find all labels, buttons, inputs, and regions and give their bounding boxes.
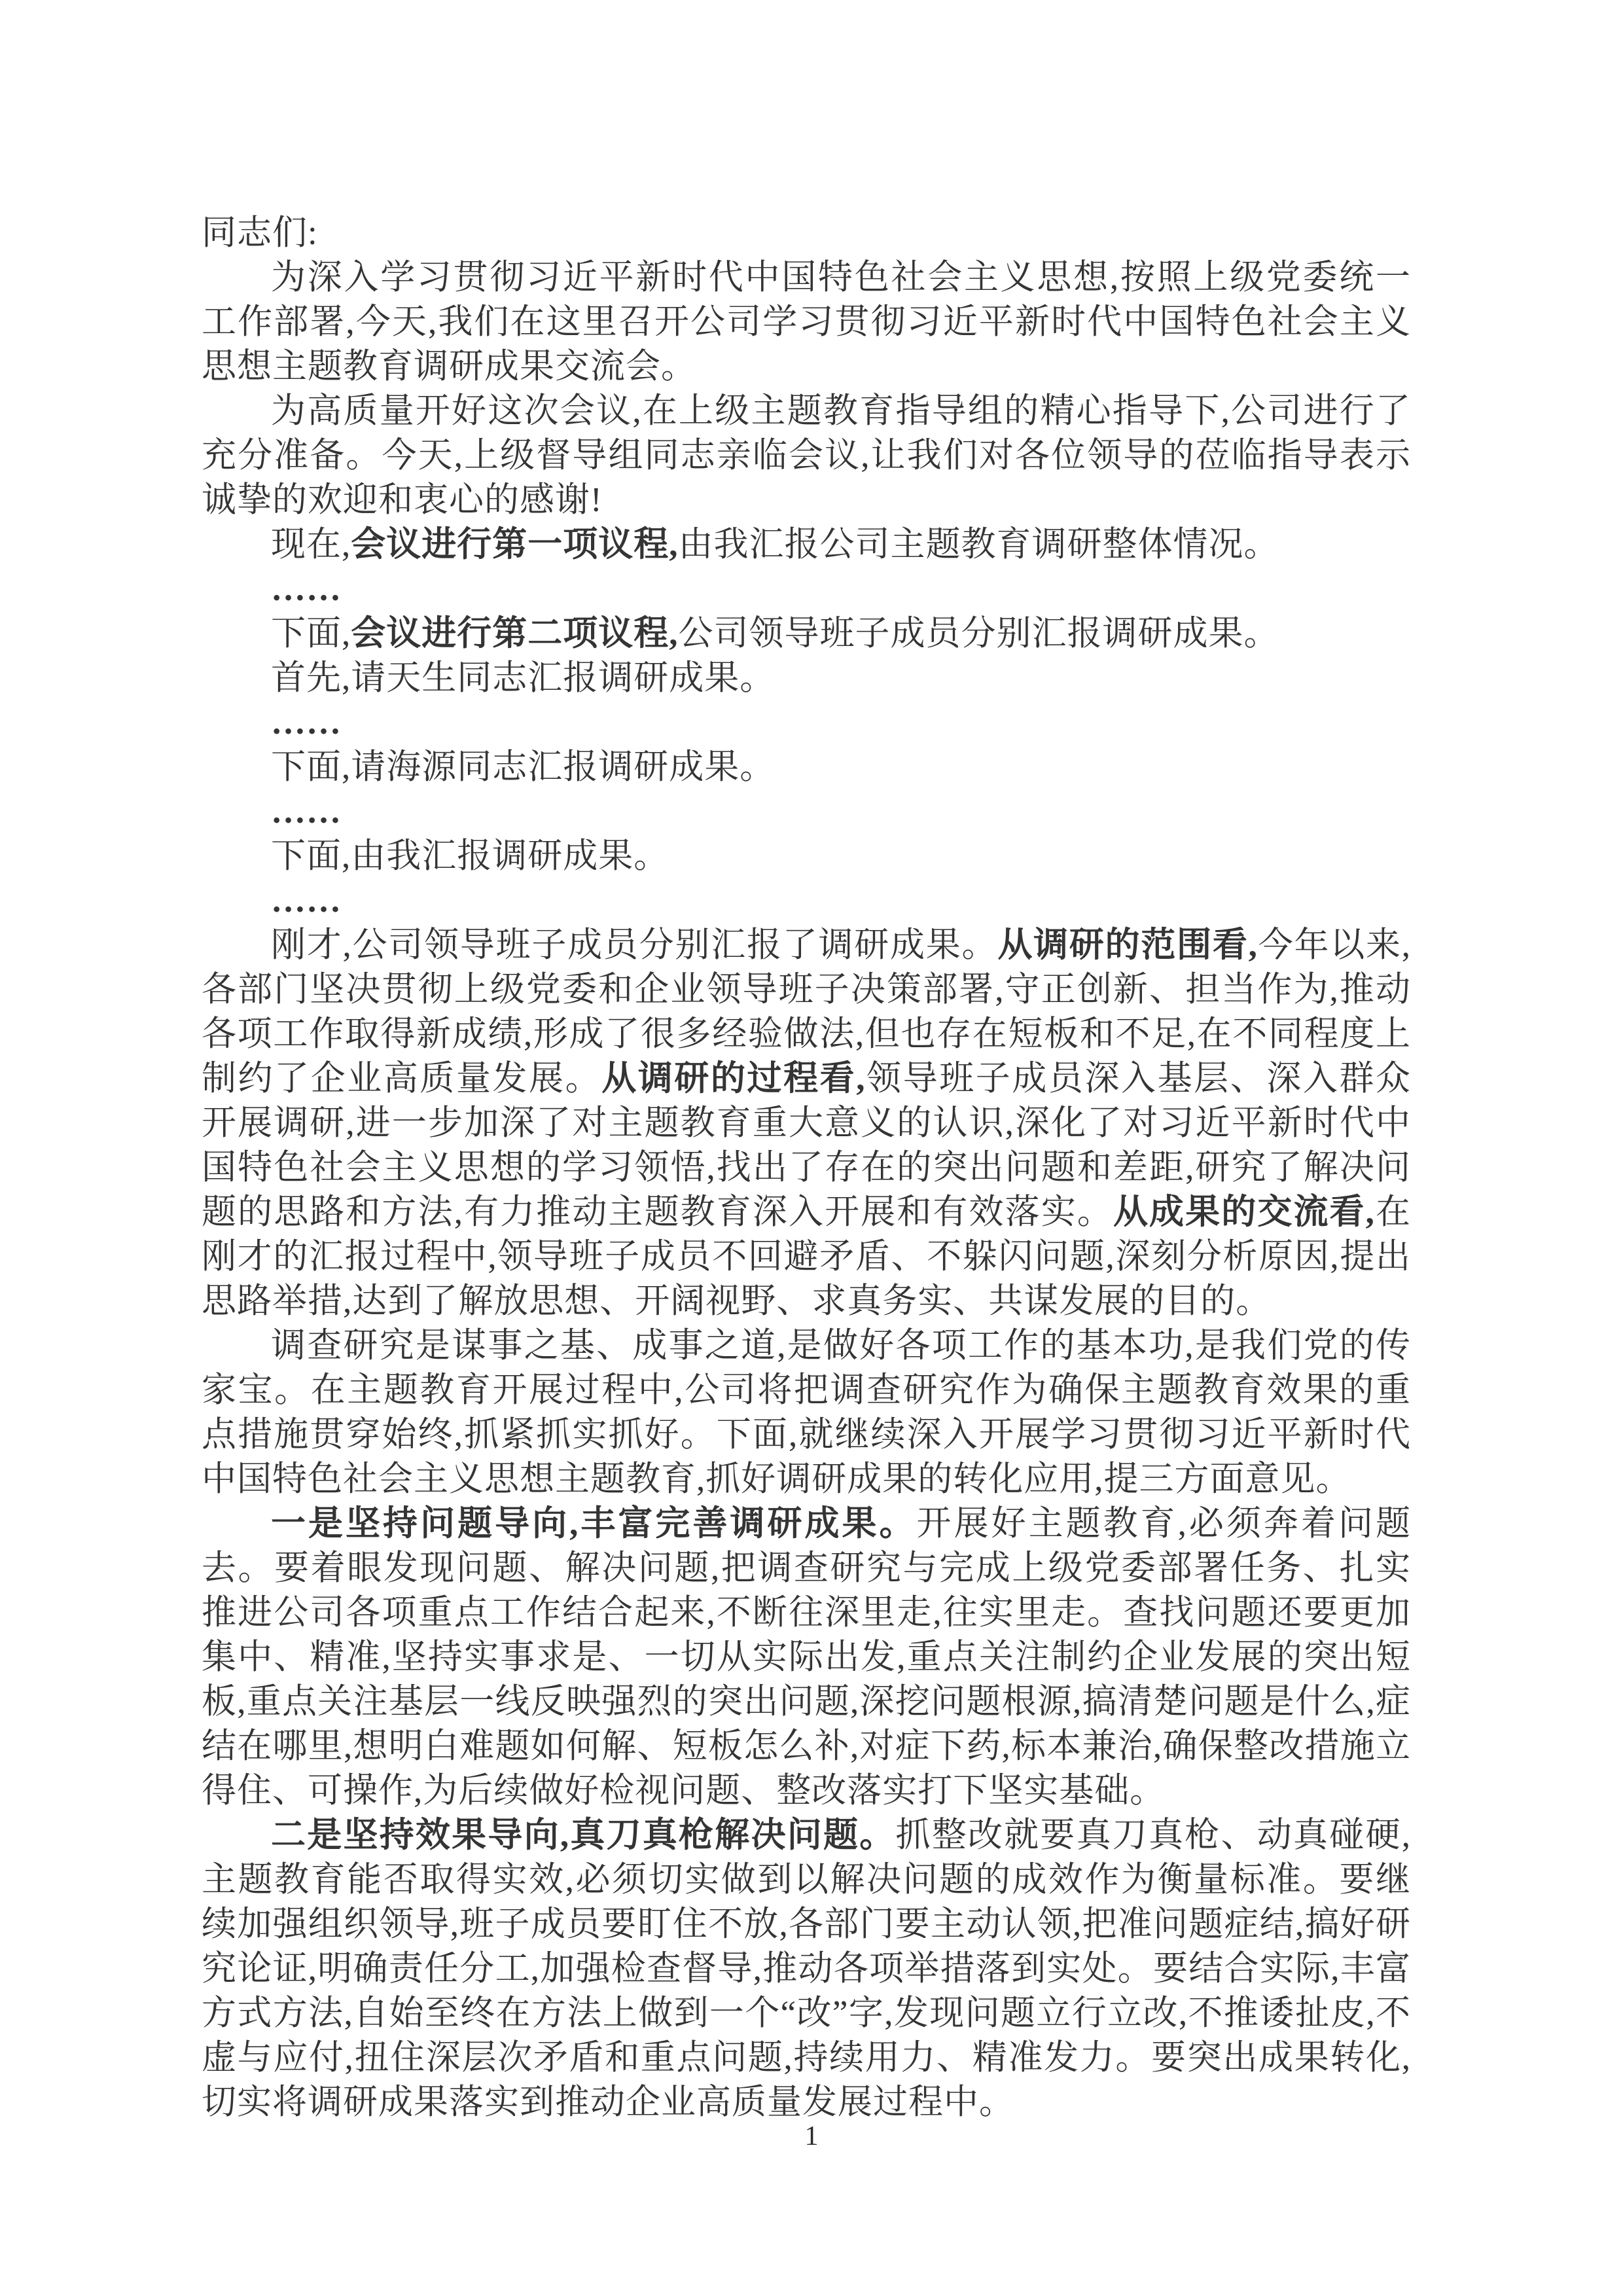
paragraph-1: 同志们: xyxy=(202,211,1411,255)
text-segment: 调查研究是谋事之基、成事之道,是做好各项工作的基本功,是我们党的传家宝。在主题教… xyxy=(202,1327,1411,1498)
paragraph-3: 为高质量开好这次会议,在上级主题教育指导组的精心指导下,公司进行了充分准备。今天… xyxy=(202,389,1411,522)
text-segment: 为高质量开好这次会议,在上级主题教育指导组的精心指导下,公司进行了充分准备。今天… xyxy=(202,392,1411,519)
bold-text-segment: 二是坚持效果导向,真刀真枪解决问题。 xyxy=(271,1816,895,1854)
text-segment: 刚才,公司领导班子成员分别汇报了调研成果。 xyxy=(271,926,997,964)
bold-text-segment: 从调研的过程看, xyxy=(601,1060,865,1098)
text-segment: 公司领导班子成员分别汇报调研成果。 xyxy=(679,615,1279,653)
bold-text-segment: …… xyxy=(271,793,342,831)
bold-text-segment: 会议进行第一项议程, xyxy=(351,526,678,564)
paragraph-12: …… xyxy=(202,878,1411,923)
text-segment: 为深入学习贯彻习近平新时代中国特色社会主义思想,按照上级党委统一工作部署,今天,… xyxy=(202,259,1411,386)
text-segment: 下面,请海源同志汇报调研成果。 xyxy=(271,748,775,786)
paragraph-4: 现在,会议进行第一项议程,由我汇报公司主题教育调研整体情况。 xyxy=(202,522,1411,567)
paragraph-10: …… xyxy=(202,789,1411,834)
bold-text-segment: …… xyxy=(271,882,342,920)
bold-text-segment: 会议进行第二项议程, xyxy=(351,615,678,653)
bold-text-segment: …… xyxy=(271,704,342,742)
paragraph-6: 下面,会议进行第二项议程,公司领导班子成员分别汇报调研成果。 xyxy=(202,611,1411,656)
text-segment: 下面,由我汇报调研成果。 xyxy=(271,837,669,875)
paragraph-5: …… xyxy=(202,567,1411,611)
paragraph-16: 二是坚持效果导向,真刀真枪解决问题。抓整改就要真刀真枪、动真碰硬,主题教育能否取… xyxy=(202,1813,1411,2125)
paragraph-14: 调查研究是谋事之基、成事之道,是做好各项工作的基本功,是我们党的传家宝。在主题教… xyxy=(202,1323,1411,1501)
paragraph-7: 首先,请天生同志汇报调研成果。 xyxy=(202,656,1411,700)
text-segment: 现在, xyxy=(271,526,351,564)
document-page: 同志们:为深入学习贯彻习近平新时代中国特色社会主义思想,按照上级党委统一工作部署… xyxy=(0,0,1623,2296)
text-segment: 首先,请天生同志汇报调研成果。 xyxy=(271,659,775,697)
text-segment: 同志们: xyxy=(202,214,318,252)
paragraph-13: 刚才,公司领导班子成员分别汇报了调研成果。从调研的范围看,今年以来,各部门坚决贯… xyxy=(202,923,1411,1323)
paragraph-11: 下面,由我汇报调研成果。 xyxy=(202,834,1411,878)
bold-text-segment: 从调研的范围看, xyxy=(997,926,1258,964)
text-segment: 由我汇报公司主题教育调研整体情况。 xyxy=(679,526,1279,564)
bold-text-segment: …… xyxy=(271,570,342,608)
bold-text-segment: 一是坚持问题导向,丰富完善调研成果。 xyxy=(271,1505,917,1543)
paragraph-15: 一是坚持问题导向,丰富完善调研成果。开展好主题教育,必须奔着问题去。要着眼发现问… xyxy=(202,1501,1411,1813)
page-number: 1 xyxy=(805,2121,819,2151)
text-segment: 下面, xyxy=(271,615,351,653)
paragraph-8: …… xyxy=(202,700,1411,745)
text-segment: 开展好主题教育,必须奔着问题去。要着眼发现问题、解决问题,把调查研究与完成上级党… xyxy=(202,1505,1411,1810)
document-body: 同志们:为深入学习贯彻习近平新时代中国特色社会主义思想,按照上级党委统一工作部署… xyxy=(202,211,1411,2125)
paragraph-2: 为深入学习贯彻习近平新时代中国特色社会主义思想,按照上级党委统一工作部署,今天,… xyxy=(202,255,1411,389)
paragraph-9: 下面,请海源同志汇报调研成果。 xyxy=(202,745,1411,789)
page-footer: 1 xyxy=(0,2119,1623,2153)
bold-text-segment: 从成果的交流看, xyxy=(1113,1193,1375,1231)
text-segment: 抓整改就要真刀真枪、动真碰硬,主题教育能否取得实效,必须切实做到以解决问题的成效… xyxy=(202,1816,1411,2121)
